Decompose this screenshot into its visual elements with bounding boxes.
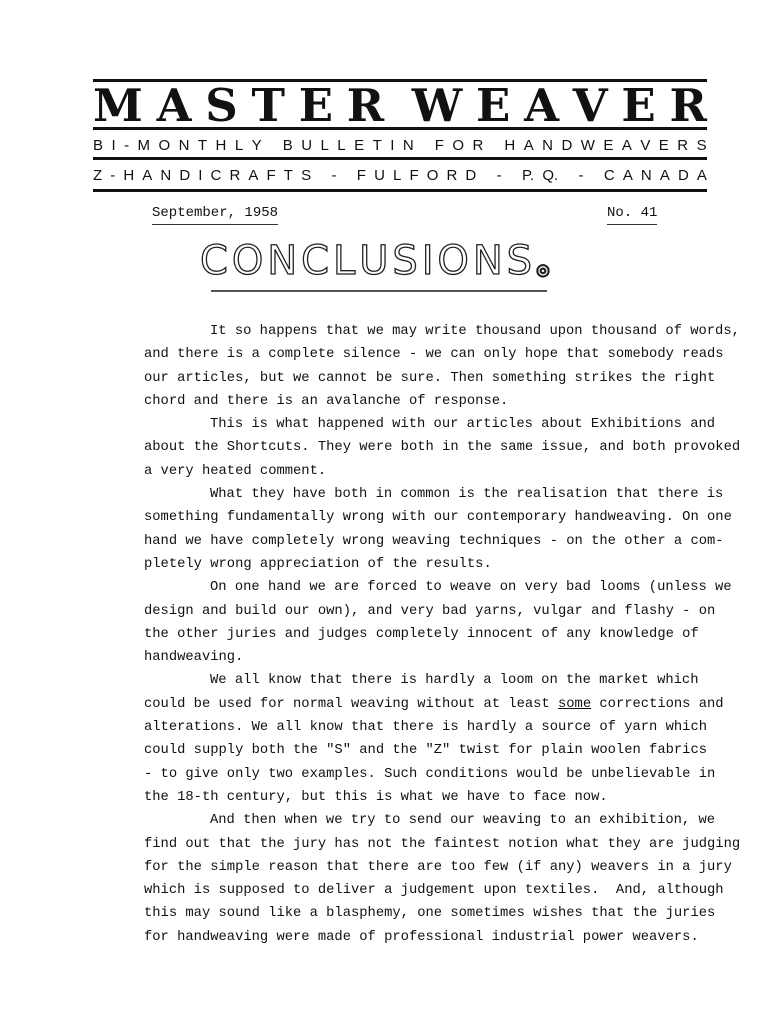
masthead-title-glyph: V — [573, 84, 608, 128]
masthead-publisher-glyph: Q. — [542, 167, 558, 184]
masthead-title-glyph: A — [157, 84, 192, 128]
heading-letter: N — [473, 236, 503, 286]
text-line: the 18-th century, but this is what we h… — [144, 786, 764, 809]
masthead-title-glyph: W — [412, 84, 463, 128]
emphasized-word: some — [558, 697, 591, 712]
heading-letter: O — [232, 236, 263, 286]
masthead-subtitle-glyph — [422, 137, 426, 154]
masthead-publisher-glyph: C — [211, 167, 222, 184]
masthead-subtitle-glyph: A — [622, 137, 632, 154]
masthead-subtitle-glyph: E — [603, 137, 613, 154]
text-line: something fundamentally wrong with our c… — [144, 506, 764, 529]
masthead-publisher-glyph: O — [427, 167, 439, 184]
text-line: - to give only two examples. Such condit… — [144, 763, 764, 786]
masthead-subtitle-glyph: N — [179, 137, 190, 154]
masthead-subtitle-glyph: U — [301, 137, 312, 154]
masthead-subtitle-glyph: N — [542, 137, 553, 154]
masthead-publisher-glyph: Z — [93, 167, 102, 184]
masthead-subtitle-glyph: - — [124, 137, 129, 154]
issue-number: No. 41 — [607, 204, 657, 225]
masthead-subtitle-glyph: S — [697, 137, 707, 154]
masthead-subtitle-glyph: D — [561, 137, 572, 154]
masthead-publisher-glyph: A — [142, 167, 152, 184]
masthead-publisher-glyph: I — [198, 167, 202, 184]
masthead-publisher-glyph: H — [123, 167, 134, 184]
masthead-publisher-glyph: T — [284, 167, 293, 184]
masthead-publisher-glyph: A — [660, 167, 670, 184]
masthead-subtitle-glyph: W — [581, 137, 595, 154]
text-line: We all know that there is hardly a loom … — [144, 669, 764, 692]
masthead-rule-2 — [93, 127, 707, 130]
masthead-title-glyph: T — [251, 84, 285, 128]
masthead-title-glyph: E — [299, 84, 333, 128]
text-line: And then when we try to send our weaving… — [144, 809, 764, 832]
masthead-publisher-glyph: - — [579, 167, 584, 184]
masthead-bottom-rule — [93, 189, 707, 192]
masthead-publisher-glyph — [592, 167, 596, 184]
masthead-publisher-glyph: F — [357, 167, 366, 184]
text-line: could supply both the "S" and the "Z" tw… — [144, 739, 764, 762]
issue-date: September, 1958 — [152, 204, 278, 225]
masthead-publisher-glyph: N — [641, 167, 652, 184]
masthead-publisher-glyph — [319, 167, 323, 184]
heading-letter: O — [437, 236, 468, 286]
text-line: chord and there is an avalanche of respo… — [144, 390, 764, 413]
text-line: for handweaving were made of professiona… — [144, 926, 764, 949]
masthead-subtitle-glyph: E — [354, 137, 364, 154]
masthead-publisher-glyph: R — [446, 167, 457, 184]
masthead-publisher-glyph — [566, 167, 570, 184]
masthead-title-glyph: R — [347, 84, 384, 128]
masthead-subtitle-glyph: I — [111, 137, 115, 154]
masthead-subtitle: BI-MONTHLY BULLETIN FOR HANDWEAVERS — [93, 134, 707, 156]
text-line: a very heated comment. — [144, 460, 764, 483]
text-line: alterations. We all know that there is h… — [144, 716, 764, 739]
heading-letter: S — [392, 236, 417, 286]
masthead-subtitle-glyph: F — [435, 137, 444, 154]
masthead-publisher-glyph: P. — [522, 167, 534, 184]
masthead-subtitle-glyph: V — [640, 137, 650, 154]
masthead-publisher-glyph: D — [678, 167, 689, 184]
masthead-subtitle-glyph: H — [504, 137, 515, 154]
heading-underline — [211, 290, 547, 292]
article-heading: CONCLUSIONS◎ — [200, 236, 550, 286]
heading-letter: L — [333, 236, 355, 286]
text-line: our articles, but we cannot be sure. The… — [144, 367, 764, 390]
masthead-subtitle-glyph: A — [524, 137, 534, 154]
masthead-subtitle-glyph: B — [93, 137, 103, 154]
masthead-subtitle-glyph: L — [321, 137, 329, 154]
masthead-publisher-glyph — [510, 167, 514, 184]
masthead-subtitle-glyph: I — [390, 137, 394, 154]
text-line: On one hand we are forced to weave on ve… — [144, 576, 764, 599]
masthead-publisher-glyph — [484, 167, 488, 184]
masthead-publisher-glyph: D — [179, 167, 190, 184]
masthead-publisher-glyph: N — [160, 167, 171, 184]
masthead-subtitle-glyph: M — [138, 137, 151, 154]
text-line: What they have both in common is the rea… — [144, 483, 764, 506]
masthead-subtitle-glyph: L — [235, 137, 243, 154]
heading-letter: N — [267, 236, 297, 286]
text-line: for the simple reason that there are too… — [144, 856, 764, 879]
masthead-publisher-glyph: S — [301, 167, 311, 184]
masthead-publisher-glyph: A — [623, 167, 633, 184]
masthead-publisher-glyph: F — [267, 167, 276, 184]
masthead-publisher-glyph: U — [374, 167, 385, 184]
heading-letter: U — [359, 236, 388, 286]
heading-period: ◎ — [536, 245, 550, 295]
text-line: could be used for normal weaving without… — [144, 693, 764, 716]
heading-letter: C — [301, 236, 329, 286]
masthead-subtitle-glyph: H — [216, 137, 227, 154]
masthead-publisher-glyph: - — [497, 167, 502, 184]
masthead-rule-3 — [93, 157, 707, 160]
text-line: the other juries and judges completely i… — [144, 623, 764, 646]
text-line: about the Shortcuts. They were both in t… — [144, 436, 764, 459]
masthead-publisher: Z-HANDICRAFTS - FULFORD - P.Q. - CANADA — [93, 164, 707, 186]
masthead-title-glyph: E — [476, 84, 510, 128]
masthead-subtitle-glyph: O — [159, 137, 171, 154]
text-line: handweaving. — [144, 646, 764, 669]
text-line: It so happens that we may write thousand… — [144, 320, 764, 343]
text-line: hand we have completely wrong weaving te… — [144, 530, 764, 553]
masthead-subtitle-glyph: L — [337, 137, 345, 154]
heading-letter: C — [200, 236, 228, 286]
masthead-subtitle-glyph — [492, 137, 496, 154]
masthead-subtitle-glyph: E — [659, 137, 669, 154]
masthead-publisher-glyph: R — [229, 167, 240, 184]
masthead-publisher-glyph: - — [331, 167, 336, 184]
text-line: which is supposed to deliver a judgement… — [144, 879, 764, 902]
text-line: this may sound like a blasphemy, one som… — [144, 902, 764, 925]
masthead-title-glyph: A — [524, 84, 559, 128]
masthead-subtitle-glyph — [270, 137, 274, 154]
heading-letter: I — [422, 236, 434, 286]
masthead-title: MASTER WEAVER — [93, 84, 707, 128]
masthead-subtitle-glyph: T — [198, 137, 207, 154]
masthead-subtitle-glyph: R — [677, 137, 688, 154]
masthead-subtitle-glyph: N — [403, 137, 414, 154]
masthead-publisher-glyph — [345, 167, 349, 184]
masthead-publisher-glyph: C — [604, 167, 615, 184]
masthead-subtitle-glyph: B — [283, 137, 293, 154]
masthead-subtitle-glyph: T — [373, 137, 382, 154]
masthead-publisher-glyph: A — [248, 167, 258, 184]
text-line: design and build our own), and very bad … — [144, 600, 764, 623]
masthead-publisher-glyph: F — [409, 167, 418, 184]
masthead-publisher-glyph: D — [465, 167, 476, 184]
masthead-subtitle-glyph: O — [452, 137, 464, 154]
text-line: find out that the jury has not the faint… — [144, 833, 764, 856]
masthead-publisher-glyph: A — [697, 167, 707, 184]
text-line: and there is a complete silence - we can… — [144, 343, 764, 366]
heading-letter: S — [507, 236, 532, 286]
masthead-subtitle-glyph: Y — [252, 137, 262, 154]
text-line: pletely wrong appreciation of the result… — [144, 553, 764, 576]
masthead-publisher-glyph: L — [393, 167, 401, 184]
masthead-publisher-glyph: - — [110, 167, 115, 184]
masthead-title-glyph: R — [669, 84, 706, 128]
article-body: It so happens that we may write thousand… — [144, 320, 764, 949]
masthead-subtitle-glyph: R — [472, 137, 483, 154]
masthead-title-glyph: E — [621, 84, 655, 128]
masthead-title-glyph: S — [205, 84, 238, 128]
text-line: This is what happened with our articles … — [144, 413, 764, 436]
masthead-title-glyph: M — [93, 84, 143, 128]
